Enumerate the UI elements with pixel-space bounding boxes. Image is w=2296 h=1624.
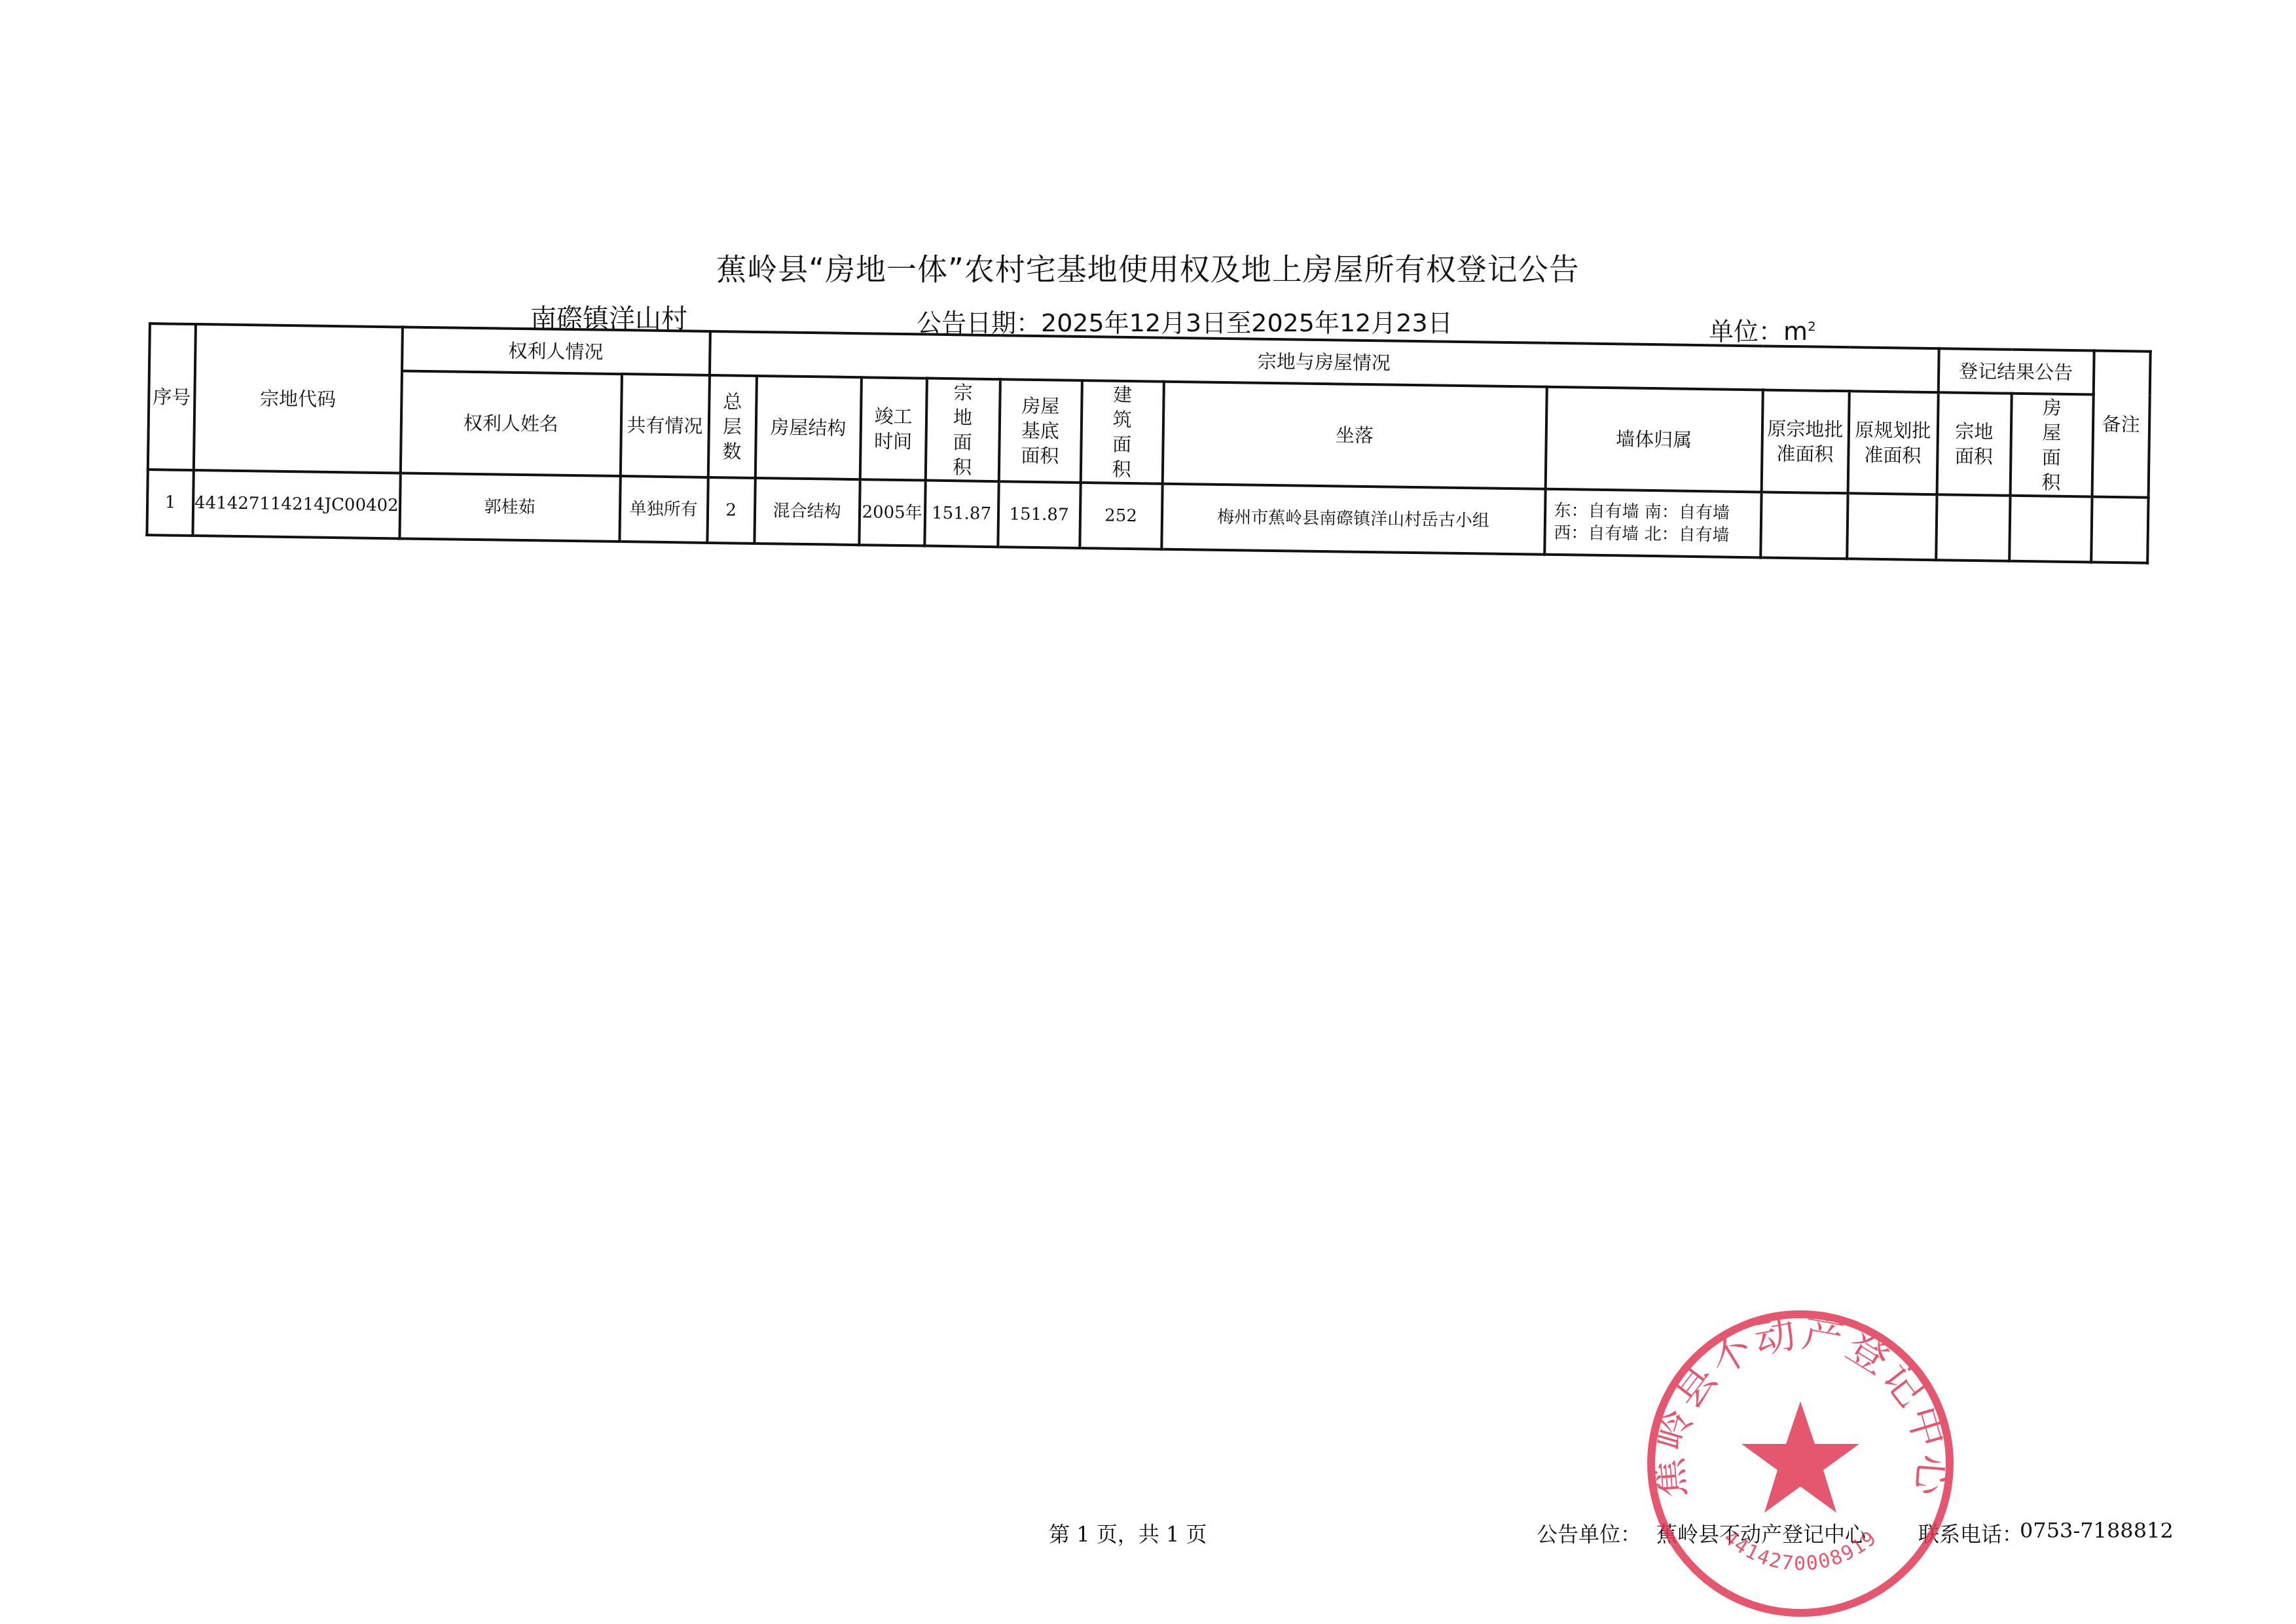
cell-wall-ownership: 东：自有墙 南：自有墙 西：自有墙 北：自有墙 <box>1544 489 1761 558</box>
seal-code: 4414270008919 <box>1719 1526 1882 1576</box>
col-wall-ownership: 墙体归属 <box>1545 387 1762 492</box>
col-parcel-area: 宗地面积 <box>925 378 1000 482</box>
col-structure: 房屋结构 <box>755 376 861 479</box>
cell-orig-parcel-area <box>1760 492 1848 559</box>
col-orig-parcel-area: 原宗地批准面积 <box>1761 390 1849 493</box>
cell-parcel-area: 151.87 <box>924 481 998 547</box>
col-location: 坐落 <box>1162 382 1546 489</box>
col-result-house-area: 房屋面积 <box>2010 394 2093 497</box>
col-completion: 竣工时间 <box>860 377 926 480</box>
group-rights-holder: 权利人情况 <box>402 327 710 375</box>
col-floors: 总层数 <box>708 375 756 478</box>
page-number: 第 1 页，共 1 页 <box>1049 1518 1207 1548</box>
cell-result-house-area <box>2009 496 2092 563</box>
cell-result-parcel-area <box>1936 494 2010 561</box>
col-holder-name: 权利人姓名 <box>400 371 621 476</box>
cell-parcel-code: 441427114214JC00402 <box>192 470 400 538</box>
cell-location: 梅州市蕉岭县南磜镇洋山村岳古小组 <box>1161 484 1545 555</box>
cell-building-area: 252 <box>1080 483 1162 549</box>
registration-table: 序号 宗地代码 权利人情况 宗地与房屋情况 登记结果公告 备注 权利人姓名 共有… <box>145 322 2151 564</box>
issuer-label: 公告单位： <box>1537 1518 1641 1548</box>
cell-remarks <box>2091 496 2148 563</box>
cell-orig-plan-area <box>1847 493 1937 560</box>
col-building-area: 建筑面积 <box>1080 380 1163 484</box>
col-parcel-code: 宗地代码 <box>194 324 403 473</box>
cell-floors: 2 <box>707 477 755 544</box>
col-seq: 序号 <box>148 323 196 470</box>
cell-completion: 2005年 <box>859 479 925 545</box>
official-seal-icon: 蕉岭县不动产登记中心 4414270008919 <box>1640 1303 1961 1624</box>
cell-holder-name: 郭桂茹 <box>399 473 620 542</box>
unit-label: 单位：m2 <box>1709 311 1816 347</box>
col-result-parcel-area: 宗地面积 <box>1937 392 2011 496</box>
unit-sup: 2 <box>1808 318 1816 334</box>
cell-seq: 1 <box>147 470 193 536</box>
unit-value: m <box>1783 317 1808 346</box>
cell-base-area: 151.87 <box>998 481 1080 548</box>
wall-line-1: 东：自有墙 南：自有墙 <box>1554 500 1759 525</box>
col-co-ownership: 共有情况 <box>620 374 709 477</box>
phone-number: 0753-7188812 <box>2020 1518 2174 1543</box>
unit-label-text: 单位： <box>1709 317 1783 346</box>
col-orig-plan-area: 原规划批准面积 <box>1848 391 1938 494</box>
svg-text:4414270008919: 4414270008919 <box>1719 1526 1882 1576</box>
wall-line-2: 西：自有墙 北：自有墙 <box>1554 522 1759 547</box>
page-title: 蕉岭县“房地一体”农村宅基地使用权及地上房屋所有权登记公告 <box>0 246 2296 289</box>
col-remarks: 备注 <box>2092 350 2150 497</box>
cell-structure: 混合结构 <box>754 478 860 545</box>
cell-co-ownership: 单独所有 <box>619 476 708 543</box>
group-result: 登记结果公告 <box>1938 348 2094 394</box>
col-base-area: 房屋基底面积 <box>998 379 1082 483</box>
announcement-period: 公告日期：2025年12月3日至2025年12月23日 <box>917 303 1453 339</box>
